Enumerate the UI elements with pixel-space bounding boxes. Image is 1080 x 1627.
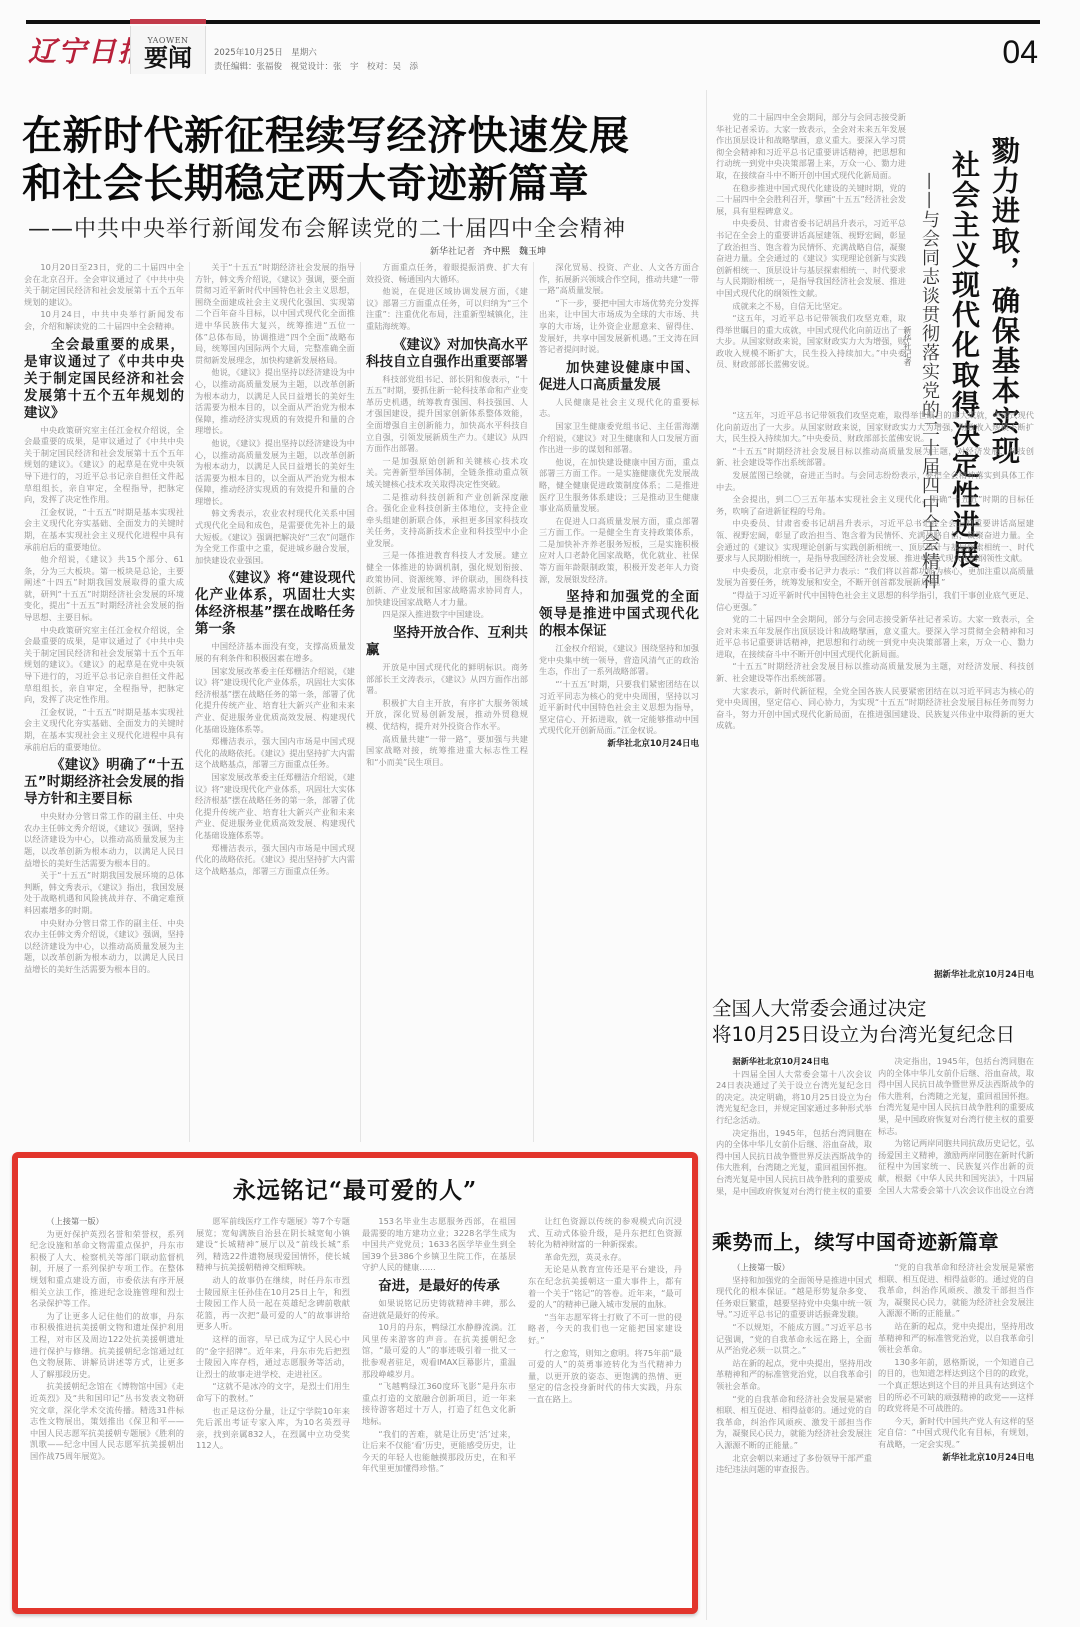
paragraph: “这就不是冰冷的文字，是烈士们用生命写下的教材。” xyxy=(196,1381,350,1404)
lead-subheading-5: 坚持开放合作、互利共赢 xyxy=(366,625,528,659)
lead-column-1: 10月20日至23日，党的二十届四中全会在北京召开。全会审议通过了《中共中央关于… xyxy=(24,262,184,1142)
featured-story-box: 永远铭记“最可爱的人” （上接第一版） 为更好保护英烈名誉和荣誉权，系列纪念设施… xyxy=(12,1152,698,1614)
paragraph: “‘十五五’时期，只要我们紧密团结在以习近平同志为核心的党中央周围，坚持以习近平… xyxy=(539,679,699,737)
paragraph: 坚持和加强党的全面领导是推进中国式现代化的根本保证。“越是形势复杂多变、任务艰巨… xyxy=(716,1275,872,1321)
paragraph: 江金权说，“十五五”时期是基本实现社会主义现代化夯实基础、全面发力的关键时期，在… xyxy=(24,707,184,753)
column-divider xyxy=(360,262,361,1142)
paragraph: 韩文秀表示，农业农村现代化关系中国式现代化全局和成色，是需要优先补上的最大短板。… xyxy=(195,508,355,566)
masthead-meta: 2025年10月25日 星期六 责任编辑：张福俊 视觉设计：张 宇 校对：吴 添 xyxy=(214,46,418,74)
paragraph: “党的自我革命和经济社会发展是紧密相联、相互促进、相得益彰的。通过党的自我革命，… xyxy=(716,1394,872,1452)
section-label-zh: 要闻 xyxy=(131,45,205,71)
lead-subheading-1: 全会最重要的成果，是审议通过了《中共中央关于制定国民经济和社会发展第十五个五年规… xyxy=(24,337,184,422)
column-divider xyxy=(706,90,707,1620)
paragraph: 为了让更多人记住他们的故事，丹东市积极推进抗美援朝文物和遗址保护利用工程，对市区… xyxy=(30,1311,184,1381)
paragraph: 江金权介绍说，《建议》围绕坚持和加强党中央集中统一领导，营造风清气正的政治生态，… xyxy=(539,643,699,678)
paragraph: 大家表示，新时代新征程，全党全国各族人民要紧密团结在以习近平同志为核心的党中央周… xyxy=(716,686,1034,732)
paragraph: 让红色资源以传统的参观模式向沉浸式、互动式体验升级，是丹东把红色资源转化为精神财… xyxy=(528,1216,682,1251)
paragraph: 中央委员、甘肃省委书记胡昌升表示，习近平总书记在全会上的重要讲话高屋建瓴、视野宏… xyxy=(716,518,1034,564)
lead-headline-line2: 和社会长期稳定两大奇迹新篇章 xyxy=(22,160,722,208)
paragraph: 中央政策研究室主任江金权介绍说，全会最重要的成果，是审议通过了《中共中央关于制定… xyxy=(24,425,184,506)
paragraph: 动人的故事仍在继续，时任丹东市烈士陵园原主任孙佳在10月25日上午，和烈士陵园工… xyxy=(196,1275,350,1333)
paragraph: 10月24日，中共中央举行新闻发布会，介绍和解读党的二十届四中全会精神。 xyxy=(24,309,184,332)
jump-line: （上接第一版） xyxy=(30,1216,184,1228)
column-divider xyxy=(533,262,534,1142)
paragraph: “党的自我革命和经济社会发展是紧密相联、相互促进、相得益彰的。通过党的自我革命，… xyxy=(878,1262,1034,1320)
paragraph: 10月的丹东，鸭绿江水静静流淌。江风里传来游客的声音。在抗美援朝纪念馆，“最可爱… xyxy=(362,1322,516,1380)
paragraph: 10月20日至23日，党的二十届四中全会在北京召开。全会审议通过了《中共中央关于… xyxy=(24,262,184,308)
paragraph: “十五五”时期经济社会发展目标以推动高质量发展为主题，对经济发展、科技创新、社会… xyxy=(716,446,1034,469)
paragraph: 他说，《建议》提出坚持以经济建设为中心，以推动高质量发展为主题，以改革创新为根本… xyxy=(195,367,355,437)
paragraph: 关于“十五五”时期我国发展环境的总体判断，韩文秀表示，《建议》指出，我国发展处于… xyxy=(24,870,184,916)
paragraph: 决定指出，1945年，包括台湾同胞在内的全体中华儿女前仆后继、浴血奋战，取得中国… xyxy=(716,1128,872,1196)
paragraph: 今天，新时代中国共产党人有这样的坚定自信：“中国式现代化有目标，有规划，有战略，… xyxy=(878,1416,1034,1451)
paragraph: “飞越鸭绿江360度环飞影”是丹东市重点打造的文旅融合创新项目，近一年来接待游客… xyxy=(362,1381,516,1427)
paragraph: 发展蓝图已绘就，奋进正当时。与会同志纷纷表示，要把全会精神落实到具体工作中去。 xyxy=(716,470,1034,493)
paragraph: 三是一体推进教育科技人才发展。建立健全一体推进的协调机制，强化规划衔接、政策协同… xyxy=(366,550,528,608)
paragraph: 深化贸易、投资、产业、人文各方面合作，拓展新兴领域合作空间，推动共建“一带一路”… xyxy=(539,262,699,297)
lead-subheading-2: 《建议》明确了“十五五”时期经济社会发展的指导方针和主要目标 xyxy=(24,757,184,808)
lead-headline-line1: 在新时代新征程续写经济快速发展 xyxy=(22,112,722,160)
side-feature-column-2: “这五年，习近平总书记带领我们攻坚克难，取得举世瞩目的重大成就，中国式现代化向前… xyxy=(716,410,1034,982)
paragraph: 如果说铭记历史铸就精神丰碑，那么奋进就是最好的传承。 xyxy=(362,1298,516,1321)
lead-subheading-4: 《建议》对加快高水平科技自立自强作出重要部署 xyxy=(366,337,528,371)
paragraph: 成就来之不易，自信无比坚定。 xyxy=(716,301,906,313)
paragraph: 国家发展改革委主任郑栅洁介绍说，《建议》将“建设现代化产业体系，巩固壮大实体经济… xyxy=(195,772,355,842)
byline-names: 齐中熙 魏玉坤 xyxy=(483,247,546,257)
paragraph: 他说，在促进区域协调发展方面，《建议》部署三方面重点任务，可以归纳为“三个注重”… xyxy=(366,286,528,332)
lead-column-2: 关于“十五五”时期经济社会发展的指导方针，韩文秀介绍说，《建议》强调，要全面贯彻… xyxy=(195,262,355,1142)
paragraph: 一是加强原始创新和关键核心技术攻关。完善新型举国体制，全链条推动重点领域关键核心… xyxy=(366,456,528,491)
paragraph: “这五年，习近平总书记带领我们攻坚克难，取得举世瞩目的重大成就，中国式现代化向前… xyxy=(716,313,906,371)
lead-column-4: 深化贸易、投资、产业、人文各方面合作，拓展新兴领域合作空间，推动共建“一带一路”… xyxy=(539,262,699,1142)
paragraph: 国家发展改革委主任郑栅洁介绍说，《建议》将“建设现代化产业体系，巩固壮大实体经济… xyxy=(195,666,355,736)
jump-line: （上接第一版） xyxy=(716,1262,872,1274)
taiwan-headline-line2: 将10月25日设立为台湾光复纪念日 xyxy=(712,1022,1042,1048)
paragraph: 行之愈笃，则知之愈明。将75年前“最可爱的人”的英勇事迹转化为当代精神力量，以更… xyxy=(528,1348,682,1406)
lead-subheading-3: 《建议》将“建设现代化产业体系，巩固壮大实体经济根基”摆在战略任务第一条 xyxy=(195,570,355,638)
paragraph: 他介绍说，《建议》共15个部分、61条，分为三大板块。第一板块是总论，主要阐述“… xyxy=(24,554,184,624)
continuation-column-1: （上接第一版） 坚持和加强党的全面领导是推进中国式现代化的根本保证。“越是形势复… xyxy=(716,1262,872,1612)
paragraph: 他说，在加快建设健康中国方面，重点部署三方面工作。一是实施健康优先发展战略，健全… xyxy=(539,457,699,515)
paragraph: 站在新的起点，党中央提出，坚持用改革精神和严的标准管党治党，以自我革命引领社会革… xyxy=(716,1358,872,1393)
lead-subheading-6: 加快建设健康中国、促进人口高质量发展 xyxy=(539,360,699,394)
paragraph: 中国经济基本面没有变，支撑高质量发展的有利条件和积极因素在增多。 xyxy=(195,641,355,664)
paragraph: 中央财办分管日常工作的副主任、中央农办主任韩文秀介绍说，《建议》强调，坚持以经济… xyxy=(24,811,184,869)
paragraph: 153名毕业生志愿服务西部，在祖国最需要的地方建功立业；3228名学生成为中国共… xyxy=(362,1216,516,1274)
paragraph: 郑栅洁表示，强大国内市场是中国式现代化的战略依托。《建议》提出坚持扩大内需这个战… xyxy=(195,843,355,878)
paragraph: 党的二十届四中全会期间，部分与会同志接受新华社记者采访。大家一致表示，全会对未来… xyxy=(716,614,1034,660)
paragraph: 他说，《建议》提出坚持以经济建设为中心，以推动高质量发展为主题，以改革创新为根本… xyxy=(195,438,355,508)
paragraph: 高质量共建“一带一路”，要加强与共建国家战略对接，统筹推进重大标志性工程和“小而… xyxy=(366,734,528,769)
dateline-signoff: 据新华社北京10月24日电 xyxy=(716,970,1034,982)
paragraph: 北京会朝以来通过了多份领导干部严重违纪违法问题的审查报告。 xyxy=(716,1453,872,1476)
feature-column-2: 愿军前线医疗工作专题展》等7个专题展览；宽甸满族自治县在阴长城宽甸小镇建设“长城… xyxy=(196,1216,350,1606)
taiwan-story-headline: 全国人大常委会通过决定 将10月25日设立为台湾光复纪念日 xyxy=(712,996,1042,1048)
paragraph: 十四届全国人大常委会第十八次会议24日表决通过了关于设立台湾光复纪念日的决定。决… xyxy=(716,1069,872,1127)
paragraph: 愿军前线医疗工作专题展》等7个专题展览；宽甸满族自治县在阴长城宽甸小镇建设“长城… xyxy=(196,1216,350,1274)
issue-date: 2025年10月25日 星期六 xyxy=(214,46,418,60)
paragraph: 中央财办分管日常工作的副主任、中央农办主任韩文秀介绍说，《建议》强调，坚持以经济… xyxy=(24,918,184,976)
paragraph: 国家卫生健康委党组书记、主任雷海潮介绍说，《建议》对卫生健康和人口发展方面作出进… xyxy=(539,421,699,456)
paragraph: “十五五”时期经济社会发展目标以推动高质量发展为主题，对经济发展、科技创新、社会… xyxy=(716,661,1034,684)
side-feature-signoff-wrap: 据新华社北京10月24日电 xyxy=(716,968,1034,984)
paragraph: 站在新的起点，党中央提出，坚持用改革精神和严的标准管党治党，以自我革命引领社会革… xyxy=(878,1321,1034,1356)
paragraph: 关于“十五五”时期经济社会发展的指导方针，韩文秀介绍说，《建议》强调，要全面贯彻… xyxy=(195,262,355,366)
taiwan-story-column-1: 据新华社北京10月24日电 十四届全国人大常委会第十八次会议24日表决通过了关于… xyxy=(716,1056,872,1196)
paragraph: 全会提出，到二〇三五年基本实现社会主义现代化，明确“十五五”时期的目标任务，吹响… xyxy=(716,494,1034,517)
byline-label: 新华社记者 xyxy=(430,247,475,257)
taiwan-story-column-2: 决定指出，1945年，包括台湾同胞在内的全体中华儿女前仆后继、浴血奋战，取得中国… xyxy=(878,1056,1034,1196)
taiwan-dateline: 据新华社北京10月24日电 xyxy=(716,1056,872,1068)
lead-subheading-7: 坚持和加强党的全面领导是推进中国式现代化的根本保证 xyxy=(539,589,699,640)
feature-subheading: 奋进，是最好的传承 xyxy=(362,1278,516,1295)
paragraph: “当年志愿军将士打败了不可一世的侵略者，今天的我们也一定能把国家建设好。” xyxy=(528,1312,682,1347)
continuation-column-2: “党的自我革命和经济社会发展是紧密相联、相互促进、相得益彰的。通过党的自我革命，… xyxy=(878,1262,1034,1612)
page-number: 04 xyxy=(1002,34,1038,71)
paragraph: 人民健康是社会主义现代化的重要标志。 xyxy=(539,397,699,420)
taiwan-headline-line1: 全国人大常委会通过决定 xyxy=(712,996,1042,1022)
paragraph: 四是深入推进数字中国建设。 xyxy=(366,609,528,621)
paragraph: 郑栅洁表示，强大国内市场是中国式现代化的战略依托。《建议》提出坚持扩大内需这个战… xyxy=(195,736,355,771)
lead-column-3: 方面重点任务，着眼提振消费、扩大有效投资、畅通国内大循环。 他说，在促进区域协调… xyxy=(366,262,528,1142)
paragraph: 无论是从教育宣传还是平台建设，丹东在纪念抗美援朝这一重大事件上，都有着一个关于“… xyxy=(528,1264,682,1310)
paragraph: 二是推动科技创新和产业创新深度融合。强化企业科技创新主体地位，支持企业牵头组建创… xyxy=(366,492,528,550)
paragraph: 中央委员、甘肃省委书记胡昌升表示，习近平总书记在全会上的重要讲话高屋建瓴、视野宏… xyxy=(716,218,906,299)
lead-subhead: ——中共中央举行新闻发布会解读党的二十届四中全会精神 xyxy=(28,212,718,243)
section-label: YAOWEN 要闻 xyxy=(130,26,206,74)
lead-headline: 在新时代新征程续写经济快速发展 和社会长期稳定两大奇迹新篇章 xyxy=(22,112,722,208)
feature-column-1: （上接第一版） 为更好保护英烈名誉和荣誉权，系列纪念设施和革命文物需重点保护，丹… xyxy=(30,1216,184,1606)
paragraph: 也正是这份分量，让辽宁学院10年来先后派出考证专家入库，为10名英烈寻亲，找到亲… xyxy=(196,1406,350,1452)
paragraph: “下一步，要把中国大市场优势充分发挥出来，让中国大市场成为全球的大市场、共享的大… xyxy=(539,298,699,356)
paragraph: 开放是中国式现代化的鲜明标识。商务部部长王文涛表示，《建议》从四方面作出部署。 xyxy=(366,662,528,697)
paragraph: “得益于习近平新时代中国特色社会主义思想的科学指引，我们干事创业底气更足、信心更… xyxy=(716,590,1034,613)
feature-column-4: 让红色资源以传统的参观模式向沉浸式、互动式体验升级，是丹东把红色资源转化为精神财… xyxy=(528,1216,682,1606)
paragraph: 党的二十届四中全会期间，部分与会同志接受新华社记者采访。大家一致表示，全会对未来… xyxy=(716,112,906,182)
paragraph: 决定指出，1945年，包括台湾同胞在内的全体中华儿女前仆后继、浴血奋战，取得中国… xyxy=(878,1056,1034,1137)
paragraph: 为铭记两岸同胞共同抗敌历史记忆，弘扬爱国主义精神，激励两岸同胞在新时代新征程中为… xyxy=(878,1138,1034,1196)
paragraph: 中央政策研究室主任江金权介绍说，全会最重要的成果，是审议通过了《中共中央关于制定… xyxy=(24,625,184,706)
dateline-signoff: 新华社北京10月24日电 xyxy=(878,1453,1034,1465)
paragraph: 为更好保护英烈名誉和荣誉权，系列纪念设施和革命文物需重点保护，丹东市积极了人大、… xyxy=(30,1229,184,1310)
paragraph: 积极扩大自主开放，有序扩大服务领域开放，深化贸易创新发展，推动外贸稳规模、优结构… xyxy=(366,698,528,733)
paragraph: “这五年，习近平总书记带领我们攻坚克难，取得举世瞩目的重大成就，中国式现代化向前… xyxy=(716,410,1034,445)
paragraph: 方面重点任务，着眼提振消费、扩大有效投资、畅通国内大循环。 xyxy=(366,262,528,285)
paragraph: 革命先烈，英灵永存。 xyxy=(528,1252,682,1264)
paragraph: 130多年前，恩格斯说，一个知道自己的目的，也知道怎样达到这个目的的政党，一个真… xyxy=(878,1357,1034,1415)
paragraph: “我们的苦难，就是让历史‘活’过来，让后来不仅能‘看’历史，更能感受历史，让今天… xyxy=(362,1429,516,1475)
editor-credits: 责任编辑：张福俊 视觉设计：张 宇 校对：吴 添 xyxy=(214,60,418,74)
masthead-accent-bar xyxy=(130,19,206,24)
paragraph: 这样的面容，早已成为辽宁人民心中的“金字招牌”。近年来，丹东市先后把烈士陵园入库… xyxy=(196,1334,350,1380)
paragraph: 中央委员，北京市委书记尹力表示：“我们将以首都功能为核心，更加注重以高质量发展为… xyxy=(716,566,1034,589)
paragraph: “不以规矩，不能成方圆。”习近平总书记强调，“党的自我革命永远在路上，全面从严治… xyxy=(716,1322,872,1357)
paragraph: 抗美援朝纪念馆在《博物馆中国》《走近英烈》及“共和国印记”丛书发表文物研究文章，… xyxy=(30,1381,184,1462)
feature-column-3: 153名毕业生志愿服务西部，在祖国最需要的地方建功立业；3228名学生成为中国共… xyxy=(362,1216,516,1606)
paragraph: 科技部党组书记、部长阴和俊表示，“十五五”时期，要抓住新一轮科技革命和产业变革历… xyxy=(366,374,528,455)
featured-story-title: 永远铭记“最可爱的人” xyxy=(18,1172,692,1205)
paragraph: 江金权说，“十五五”时期是基本实现社会主义现代化夯实基础、全面发力的关键时期，在… xyxy=(24,507,184,553)
side-feature-column-1: 党的二十届四中全会期间，部分与会同志接受新华社记者采访。大家一致表示，全会对未来… xyxy=(716,112,906,412)
dateline-signoff: 新华社北京10月24日电 xyxy=(539,739,699,751)
lead-byline: 新华社记者齐中熙 魏玉坤 xyxy=(430,244,546,257)
column-divider xyxy=(189,262,190,1142)
continuation-story-headline: 乘势而上，续写中国奇迹新篇章 xyxy=(712,1226,1042,1255)
paragraph: 在促进人口高质量发展方面，重点部署三方面工作。一是健全生育支持政策体系，二是加快… xyxy=(539,516,699,586)
paragraph: 在稳步推进中国式现代化建设的关键时期，党的二十届四中全会胜利召开，擘画“十五五”… xyxy=(716,183,906,218)
